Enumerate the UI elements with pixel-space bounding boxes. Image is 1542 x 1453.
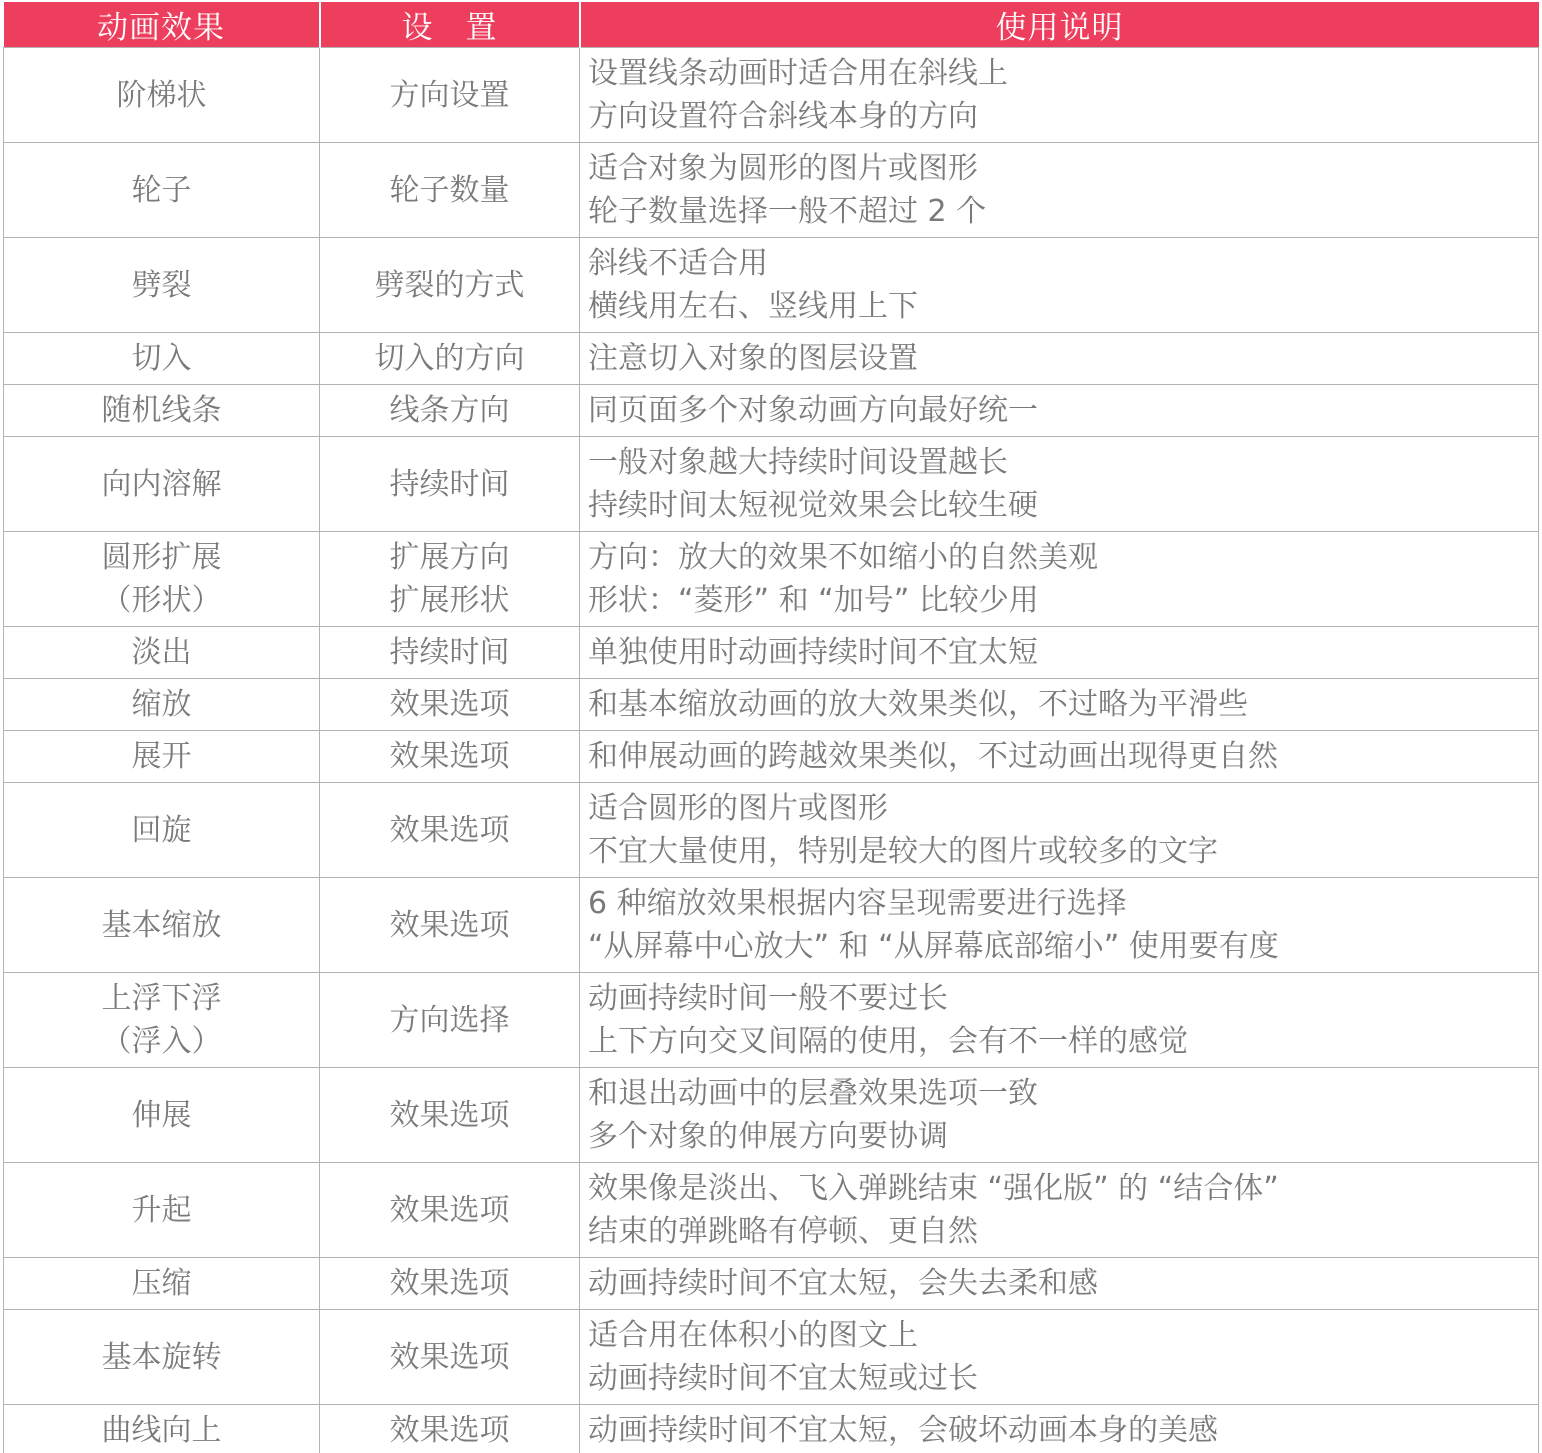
column-header-effect: 动画效果: [4, 2, 320, 48]
cell-line: 曲线向上: [12, 1409, 311, 1452]
effect-cell: 回旋: [4, 783, 320, 878]
effect-cell: 劈裂: [4, 238, 320, 333]
cell-line: 设置线条动画时适合用在斜线上: [588, 52, 1530, 95]
setting-cell: 方向选择: [320, 973, 580, 1068]
cell-line: 轮子数量选择一般不超过 2 个: [588, 190, 1530, 233]
cell-line: 上下方向交叉间隔的使用，会有不一样的感觉: [588, 1020, 1530, 1063]
setting-cell: 持续时间: [320, 627, 580, 679]
cell-line: 展开: [12, 735, 311, 778]
effect-cell: 切入: [4, 333, 320, 385]
setting-cell: 劈裂的方式: [320, 238, 580, 333]
animation-effects-table-container: 动画效果 设 置 使用说明 阶梯状方向设置设置线条动画时适合用在斜线上方向设置符…: [0, 0, 1542, 1453]
setting-cell: 效果选项: [320, 1310, 580, 1405]
cell-line: 切入的方向: [328, 337, 571, 380]
effect-cell: 阶梯状: [4, 48, 320, 143]
effect-cell: 轮子: [4, 143, 320, 238]
cell-line: 不宜大量使用，特别是较大的图片或较多的文字: [588, 830, 1530, 873]
animation-effects-table: 动画效果 设 置 使用说明 阶梯状方向设置设置线条动画时适合用在斜线上方向设置符…: [3, 2, 1539, 1453]
setting-cell: 效果选项: [320, 679, 580, 731]
cell-line: 效果选项: [328, 735, 571, 778]
usage-cell: 同页面多个对象动画方向最好统一: [580, 385, 1539, 437]
cell-line: 和基本缩放动画的放大效果类似，不过略为平滑些: [588, 683, 1530, 726]
cell-line: 动画持续时间不宜太短，会破坏动画本身的美感: [588, 1409, 1530, 1452]
cell-line: 适合用在体积小的图文上: [588, 1314, 1530, 1357]
cell-line: 效果选项: [328, 1409, 571, 1452]
cell-line: 动画持续时间一般不要过长: [588, 977, 1530, 1020]
table-row: 圆形扩展（形状）扩展方向扩展形状方向：放大的效果不如缩小的自然美观形状：“菱形”…: [4, 532, 1539, 627]
usage-cell: 斜线不适合用横线用左右、竖线用上下: [580, 238, 1539, 333]
column-header-setting: 设 置: [320, 2, 580, 48]
cell-line: 效果选项: [328, 1189, 571, 1232]
table-row: 上浮下浮（浮入）方向选择动画持续时间一般不要过长上下方向交叉间隔的使用，会有不一…: [4, 973, 1539, 1068]
usage-cell: 适合用在体积小的图文上动画持续时间不宜太短或过长: [580, 1310, 1539, 1405]
cell-line: 一般对象越大持续时间设置越长: [588, 441, 1530, 484]
cell-line: 上浮下浮: [12, 977, 311, 1020]
cell-line: 基本旋转: [12, 1336, 311, 1379]
cell-line: 形状：“菱形” 和 “加号” 比较少用: [588, 579, 1530, 622]
setting-cell: 效果选项: [320, 1163, 580, 1258]
table-row: 升起效果选项效果像是淡出、飞入弹跳结束 “强化版” 的 “结合体”结束的弹跳略有…: [4, 1163, 1539, 1258]
cell-line: 动画持续时间不宜太短，会失去柔和感: [588, 1262, 1530, 1305]
cell-line: 同页面多个对象动画方向最好统一: [588, 389, 1530, 432]
table-row: 基本旋转效果选项适合用在体积小的图文上动画持续时间不宜太短或过长: [4, 1310, 1539, 1405]
cell-line: 轮子数量: [328, 169, 571, 212]
usage-cell: 设置线条动画时适合用在斜线上方向设置符合斜线本身的方向: [580, 48, 1539, 143]
cell-line: 方向：放大的效果不如缩小的自然美观: [588, 536, 1530, 579]
setting-cell: 效果选项: [320, 1068, 580, 1163]
cell-line: 淡出: [12, 631, 311, 674]
cell-line: 圆形扩展: [12, 536, 311, 579]
usage-cell: 适合圆形的图片或图形不宜大量使用，特别是较大的图片或较多的文字: [580, 783, 1539, 878]
cell-line: 线条方向: [328, 389, 571, 432]
usage-cell: 和伸展动画的跨越效果类似，不过动画出现得更自然: [580, 731, 1539, 783]
cell-line: 效果选项: [328, 683, 571, 726]
usage-cell: 和退出动画中的层叠效果选项一致多个对象的伸展方向要协调: [580, 1068, 1539, 1163]
cell-line: 效果选项: [328, 1094, 571, 1137]
cell-line: 方向选择: [328, 999, 571, 1042]
setting-cell: 效果选项: [320, 731, 580, 783]
cell-line: 持续时间太短视觉效果会比较生硬: [588, 484, 1530, 527]
usage-cell: 单独使用时动画持续时间不宜太短: [580, 627, 1539, 679]
effect-cell: 曲线向上: [4, 1405, 320, 1453]
cell-line: 劈裂的方式: [328, 264, 571, 307]
cell-line: 劈裂: [12, 264, 311, 307]
setting-cell: 效果选项: [320, 878, 580, 973]
usage-cell: 一般对象越大持续时间设置越长持续时间太短视觉效果会比较生硬: [580, 437, 1539, 532]
cell-line: 注意切入对象的图层设置: [588, 337, 1530, 380]
cell-line: 持续时间: [328, 463, 571, 506]
table-row: 向内溶解持续时间一般对象越大持续时间设置越长持续时间太短视觉效果会比较生硬: [4, 437, 1539, 532]
cell-line: 适合对象为圆形的图片或图形: [588, 147, 1530, 190]
cell-line: 6 种缩放效果根据内容呈现需要进行选择: [588, 882, 1530, 925]
cell-line: 压缩: [12, 1262, 311, 1305]
table-row: 压缩效果选项动画持续时间不宜太短，会失去柔和感: [4, 1258, 1539, 1310]
cell-line: 效果选项: [328, 809, 571, 852]
effect-cell: 淡出: [4, 627, 320, 679]
setting-cell: 持续时间: [320, 437, 580, 532]
usage-cell: 和基本缩放动画的放大效果类似，不过略为平滑些: [580, 679, 1539, 731]
cell-line: 适合圆形的图片或图形: [588, 787, 1530, 830]
cell-line: 效果选项: [328, 1262, 571, 1305]
usage-cell: 动画持续时间不宜太短，会失去柔和感: [580, 1258, 1539, 1310]
table-row: 劈裂劈裂的方式斜线不适合用横线用左右、竖线用上下: [4, 238, 1539, 333]
table-body: 阶梯状方向设置设置线条动画时适合用在斜线上方向设置符合斜线本身的方向轮子轮子数量…: [4, 48, 1539, 1453]
cell-line: 回旋: [12, 809, 311, 852]
table-row: 伸展效果选项和退出动画中的层叠效果选项一致多个对象的伸展方向要协调: [4, 1068, 1539, 1163]
cell-line: 动画持续时间不宜太短或过长: [588, 1357, 1530, 1400]
cell-line: （形状）: [12, 579, 311, 622]
cell-line: 缩放: [12, 683, 311, 726]
table-row: 曲线向上效果选项动画持续时间不宜太短，会破坏动画本身的美感: [4, 1405, 1539, 1453]
effect-cell: 向内溶解: [4, 437, 320, 532]
effect-cell: 上浮下浮（浮入）: [4, 973, 320, 1068]
cell-line: 阶梯状: [12, 74, 311, 117]
usage-cell: 动画持续时间不宜太短，会破坏动画本身的美感: [580, 1405, 1539, 1453]
effect-cell: 伸展: [4, 1068, 320, 1163]
cell-line: 横线用左右、竖线用上下: [588, 285, 1530, 328]
cell-line: 扩展形状: [328, 579, 571, 622]
cell-line: 切入: [12, 337, 311, 380]
usage-cell: 动画持续时间一般不要过长上下方向交叉间隔的使用，会有不一样的感觉: [580, 973, 1539, 1068]
usage-cell: 效果像是淡出、飞入弹跳结束 “强化版” 的 “结合体”结束的弹跳略有停顿、更自然: [580, 1163, 1539, 1258]
table-row: 切入切入的方向注意切入对象的图层设置: [4, 333, 1539, 385]
setting-cell: 扩展方向扩展形状: [320, 532, 580, 627]
setting-cell: 效果选项: [320, 1258, 580, 1310]
header-row: 动画效果 设 置 使用说明: [4, 2, 1539, 48]
cell-line: 和退出动画中的层叠效果选项一致: [588, 1072, 1530, 1115]
usage-cell: 注意切入对象的图层设置: [580, 333, 1539, 385]
cell-line: 结束的弹跳略有停顿、更自然: [588, 1210, 1530, 1253]
cell-line: 方向设置: [328, 74, 571, 117]
setting-cell: 轮子数量: [320, 143, 580, 238]
cell-line: 升起: [12, 1189, 311, 1232]
setting-cell: 效果选项: [320, 1405, 580, 1453]
cell-line: 方向设置符合斜线本身的方向: [588, 95, 1530, 138]
cell-line: 扩展方向: [328, 536, 571, 579]
cell-line: 轮子: [12, 169, 311, 212]
effect-cell: 随机线条: [4, 385, 320, 437]
setting-cell: 切入的方向: [320, 333, 580, 385]
usage-cell: 适合对象为圆形的图片或图形轮子数量选择一般不超过 2 个: [580, 143, 1539, 238]
effect-cell: 基本缩放: [4, 878, 320, 973]
table-row: 随机线条线条方向同页面多个对象动画方向最好统一: [4, 385, 1539, 437]
cell-line: 单独使用时动画持续时间不宜太短: [588, 631, 1530, 674]
cell-line: 随机线条: [12, 389, 311, 432]
cell-line: （浮入）: [12, 1020, 311, 1063]
table-row: 回旋效果选项适合圆形的图片或图形不宜大量使用，特别是较大的图片或较多的文字: [4, 783, 1539, 878]
cell-line: 效果选项: [328, 1336, 571, 1379]
cell-line: 向内溶解: [12, 463, 311, 506]
effect-cell: 压缩: [4, 1258, 320, 1310]
column-header-usage: 使用说明: [580, 2, 1539, 48]
cell-line: 持续时间: [328, 631, 571, 674]
setting-cell: 线条方向: [320, 385, 580, 437]
table-row: 阶梯状方向设置设置线条动画时适合用在斜线上方向设置符合斜线本身的方向: [4, 48, 1539, 143]
table-row: 展开效果选项和伸展动画的跨越效果类似，不过动画出现得更自然: [4, 731, 1539, 783]
cell-line: “从屏幕中心放大” 和 “从屏幕底部缩小” 使用要有度: [588, 925, 1530, 968]
usage-cell: 方向：放大的效果不如缩小的自然美观形状：“菱形” 和 “加号” 比较少用: [580, 532, 1539, 627]
table-row: 基本缩放效果选项6 种缩放效果根据内容呈现需要进行选择“从屏幕中心放大” 和 “…: [4, 878, 1539, 973]
cell-line: 基本缩放: [12, 904, 311, 947]
effect-cell: 展开: [4, 731, 320, 783]
effect-cell: 升起: [4, 1163, 320, 1258]
effect-cell: 圆形扩展（形状）: [4, 532, 320, 627]
cell-line: 多个对象的伸展方向要协调: [588, 1115, 1530, 1158]
table-row: 轮子轮子数量适合对象为圆形的图片或图形轮子数量选择一般不超过 2 个: [4, 143, 1539, 238]
setting-cell: 方向设置: [320, 48, 580, 143]
cell-line: 伸展: [12, 1094, 311, 1137]
effect-cell: 基本旋转: [4, 1310, 320, 1405]
setting-cell: 效果选项: [320, 783, 580, 878]
usage-cell: 6 种缩放效果根据内容呈现需要进行选择“从屏幕中心放大” 和 “从屏幕底部缩小”…: [580, 878, 1539, 973]
cell-line: 效果像是淡出、飞入弹跳结束 “强化版” 的 “结合体”: [588, 1167, 1530, 1210]
cell-line: 效果选项: [328, 904, 571, 947]
cell-line: 斜线不适合用: [588, 242, 1530, 285]
table-row: 淡出持续时间单独使用时动画持续时间不宜太短: [4, 627, 1539, 679]
cell-line: 和伸展动画的跨越效果类似，不过动画出现得更自然: [588, 735, 1530, 778]
effect-cell: 缩放: [4, 679, 320, 731]
table-row: 缩放效果选项和基本缩放动画的放大效果类似，不过略为平滑些: [4, 679, 1539, 731]
